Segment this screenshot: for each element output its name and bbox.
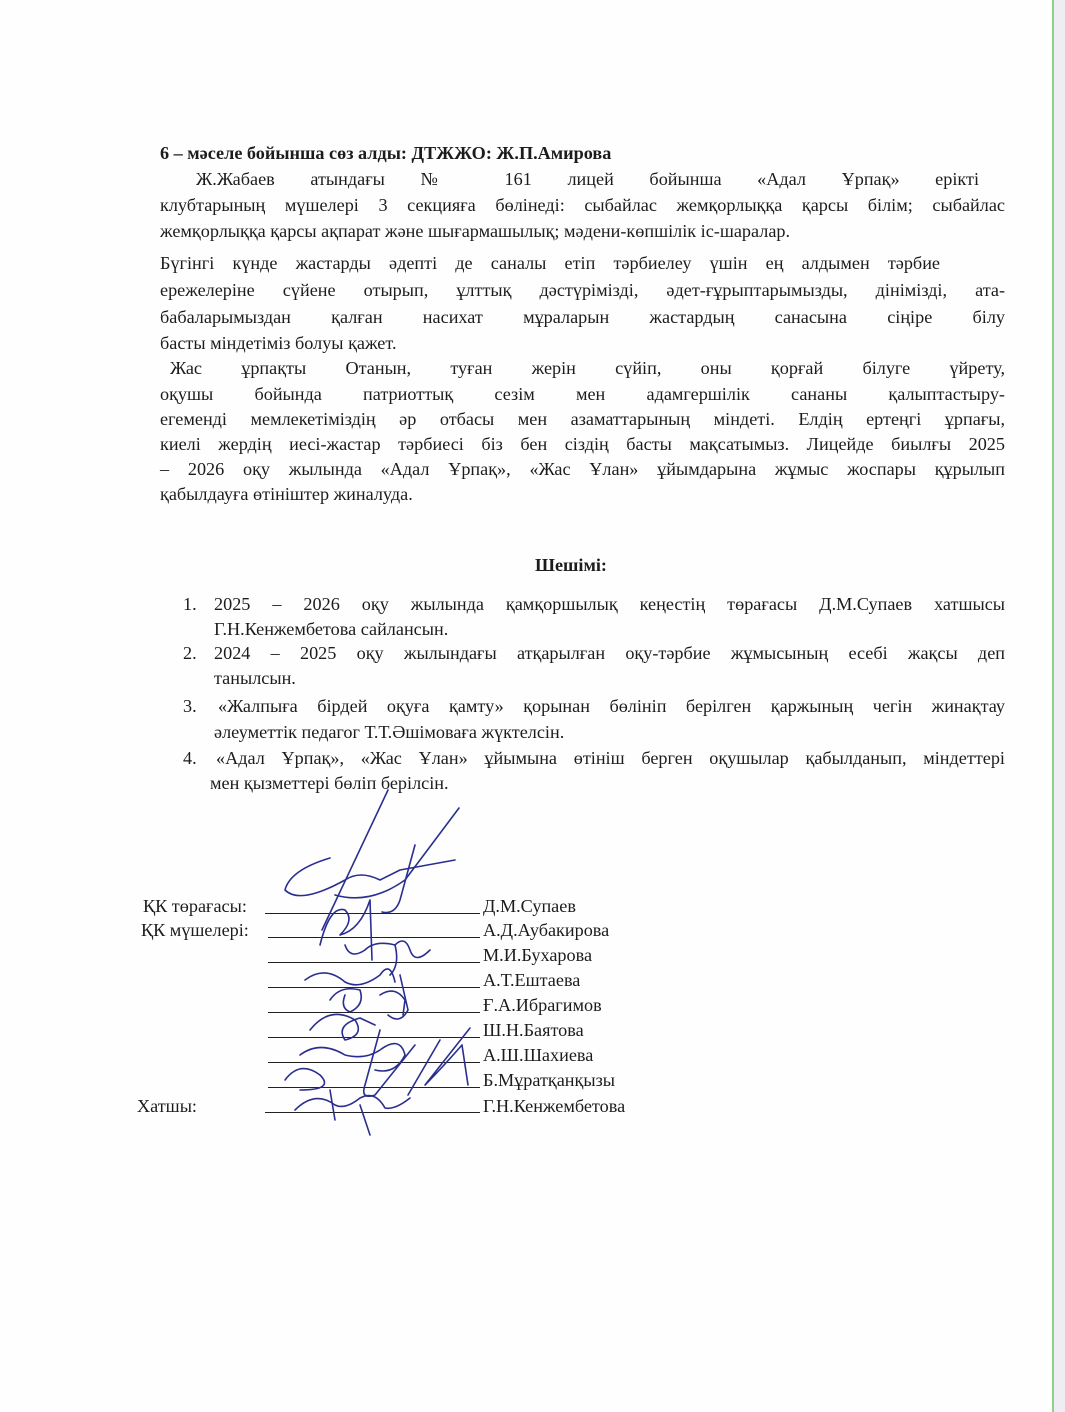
signatory-name: Д.М.Супаев bbox=[483, 895, 576, 917]
signatory-name: М.И.Бухарова bbox=[483, 944, 592, 966]
signature-line bbox=[268, 1062, 480, 1063]
heading: 6 – мәселе бойынша сөз алды: ДТЖЖО: Ж.П.… bbox=[160, 143, 611, 163]
signatory-name: А.Т.Ештаева bbox=[483, 969, 580, 991]
signatory-name: Ғ.А.Ибрагимов bbox=[483, 994, 602, 1016]
signature-line bbox=[265, 913, 480, 914]
chair-label: ҚК төрағасы: bbox=[143, 895, 247, 917]
signature-line bbox=[268, 1012, 480, 1013]
decision-line: 2025 – 2026 оқу жылында қамқоршылық кеңе… bbox=[214, 594, 1005, 614]
decision-line: мен қызметтері бөліп берілсін. bbox=[210, 773, 449, 793]
paragraph-line: киелі жердің иесі-жастар тәрбиесі біз бе… bbox=[160, 434, 1005, 454]
decision-line: 2024 – 2025 оқу жылындағы атқарылған оқу… bbox=[214, 643, 1005, 663]
paragraph-line: ережелеріне сүйене отырып, ұлттық дәстүр… bbox=[160, 280, 1005, 300]
paragraph-line: егеменді мемлекетіміздің әр отбасы мен а… bbox=[160, 409, 1005, 429]
paragraph-line: клубтарының мүшелері 3 секцияға бөлінеді… bbox=[160, 195, 1005, 215]
signatory-name: Ш.Н.Баятова bbox=[483, 1019, 584, 1041]
signature-line bbox=[268, 962, 480, 963]
signature-line bbox=[268, 1087, 480, 1088]
viewer-background bbox=[1054, 0, 1065, 1412]
paragraph-line: – 2026 оқу жылында «Адал Ұрпақ», «Жас Ұл… bbox=[160, 459, 1005, 479]
paragraph-line: Жас ұрпақты Отанын, туған жерін сүйіп, о… bbox=[170, 358, 1005, 378]
signature-line bbox=[265, 1112, 480, 1113]
paragraph-line: бабаларымыздан қалған насихат мұраларын … bbox=[160, 307, 1005, 327]
decision-line: әлеуметтік педагог Т.Т.Әшімоваға жүктелс… bbox=[214, 722, 564, 742]
document-page: 6 – мәселе бойынша сөз алды: ДТЖЖО: Ж.П.… bbox=[0, 0, 1052, 1412]
paragraph-line: оқушы бойында патриоттық сезім мен адамг… bbox=[160, 384, 1005, 404]
signatory-name: Б.Мұратқанқызы bbox=[483, 1069, 615, 1091]
decision-number: 3. bbox=[183, 696, 197, 716]
decision-line: Г.Н.Кенжембетова сайлансын. bbox=[214, 619, 448, 639]
signature-line bbox=[268, 987, 480, 988]
decision-line: «Адал Ұрпақ», «Жас Ұлан» ұйымына өтініш … bbox=[216, 748, 1005, 768]
decision-number: 2. bbox=[183, 643, 197, 663]
members-label: ҚК мүшелері: bbox=[141, 919, 249, 941]
paragraph-line: жемқорлыққа қарсы ақпарат және шығармашы… bbox=[160, 221, 790, 241]
decision-title: Шешімі: bbox=[535, 555, 607, 575]
paragraph-line: Ж.Жабаев атындағы № 161 лицей бойынша «А… bbox=[196, 169, 979, 189]
signatory-name: А.Д.Аубакирова bbox=[483, 919, 609, 941]
paragraph-line: Бүгінгі күнде жастарды әдепті де саналы … bbox=[160, 253, 940, 273]
secretary-label: Хатшы: bbox=[137, 1095, 197, 1117]
signatory-name: А.Ш.Шахиева bbox=[483, 1044, 593, 1066]
signatory-name: Г.Н.Кенжембетова bbox=[483, 1095, 625, 1117]
signature-line bbox=[268, 937, 480, 938]
paragraph-line: басты міндетіміз болуы қажет. bbox=[160, 333, 397, 353]
decision-number: 1. bbox=[183, 594, 197, 614]
decision-line: «Жалпыға бірдей оқуға қамту» қорынан бөл… bbox=[218, 696, 1005, 716]
signature-line bbox=[268, 1037, 480, 1038]
decision-line: танылсын. bbox=[214, 668, 296, 688]
paragraph-line: қабылдауға өтініштер жиналуда. bbox=[160, 484, 413, 504]
decision-number: 4. bbox=[183, 748, 197, 768]
